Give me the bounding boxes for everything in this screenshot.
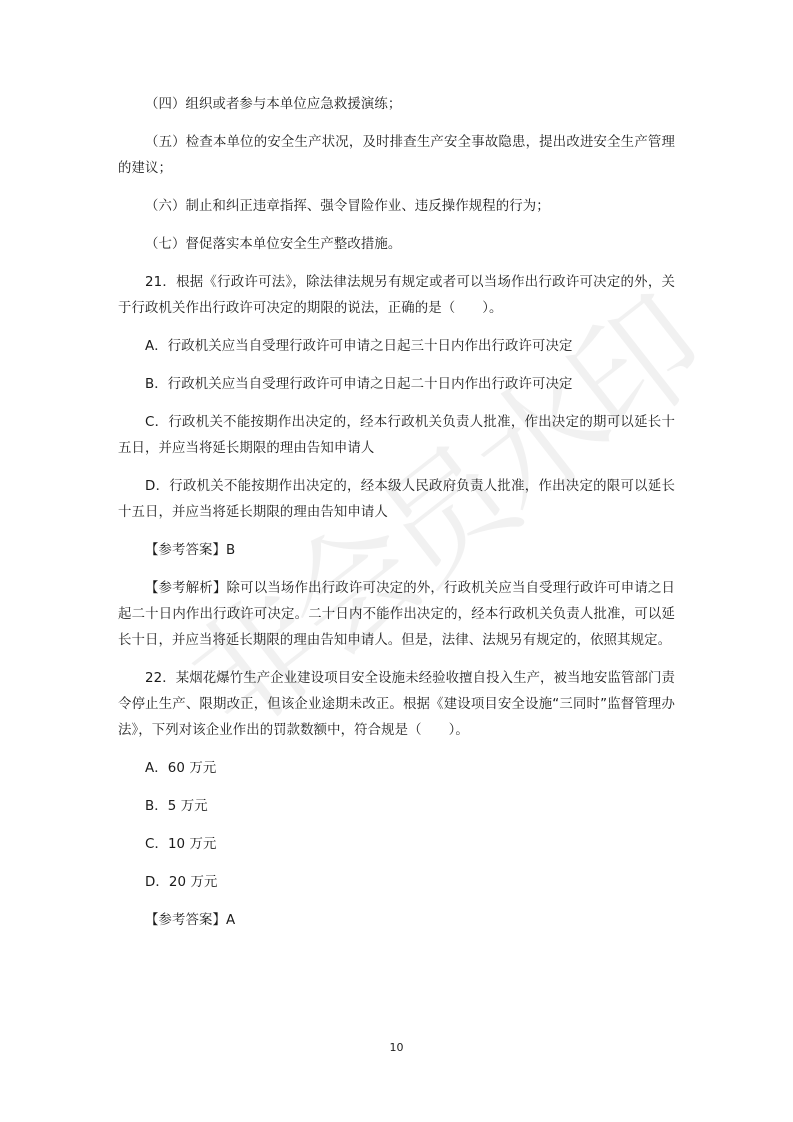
question-22-answer: 【参考答案】A <box>118 908 675 934</box>
question-21: 21．根据《行政许可法》，除法律法规另有规定或者可以当场作出行政许可决定的外，关… <box>118 270 675 654</box>
question-21-stem: 21．根据《行政许可法》，除法律法规另有规定或者可以当场作出行政许可决定的外，关… <box>118 270 675 322</box>
duty-item-7: （七）督促落实本单位安全生产整改措施。 <box>118 232 675 258</box>
question-22-option-b: B．5 万元 <box>118 794 675 820</box>
question-22-stem: 22．某烟花爆竹生产企业建设项目安全设施未经验收擅自投入生产，被当地安监管部门责… <box>118 666 675 744</box>
duty-item-6: （六）制止和纠正违章指挥、强令冒险作业、违反操作规程的行为； <box>118 194 675 220</box>
question-22: 22．某烟花爆竹生产企业建设项目安全设施未经验收擅自投入生产，被当地安监管部门责… <box>118 666 675 934</box>
duty-item-4: （四）组织或者参与本单位应急救援演练； <box>118 92 675 118</box>
question-22-option-d: D．20 万元 <box>118 870 675 896</box>
question-21-option-b: B．行政机关应当自受理行政许可申请之日起二十日内作出行政许可决定 <box>118 372 675 398</box>
question-22-option-c: C．10 万元 <box>118 832 675 858</box>
question-21-option-d: D．行政机关不能按期作出决定的，经本级人民政府负责人批准，作出决定的限可以延长十… <box>118 474 675 526</box>
page-content: （四）组织或者参与本单位应急救援演练； （五）检查本单位的安全生产状况，及时排查… <box>118 92 675 946</box>
question-21-answer: 【参考答案】B <box>118 538 675 564</box>
question-21-option-a: A．行政机关应当自受理行政许可申请之日起三十日内作出行政许可决定 <box>118 334 675 360</box>
question-22-option-a: A．60 万元 <box>118 756 675 782</box>
question-21-analysis: 【参考解析】除可以当场作出行政许可决定的外，行政机关应当自受理行政许可申请之日起… <box>118 576 675 654</box>
question-21-option-c: C．行政机关不能按期作出决定的，经本行政机关负责人批准，作出决定的期可以延长十五… <box>118 410 675 462</box>
page-number: 10 <box>0 1041 793 1054</box>
document-page: 非会员水印 （四）组织或者参与本单位应急救援演练； （五）检查本单位的安全生产状… <box>0 0 793 1122</box>
duty-item-5: （五）检查本单位的安全生产状况，及时排查生产安全事故隐患，提出改进安全生产管理的… <box>118 130 675 182</box>
